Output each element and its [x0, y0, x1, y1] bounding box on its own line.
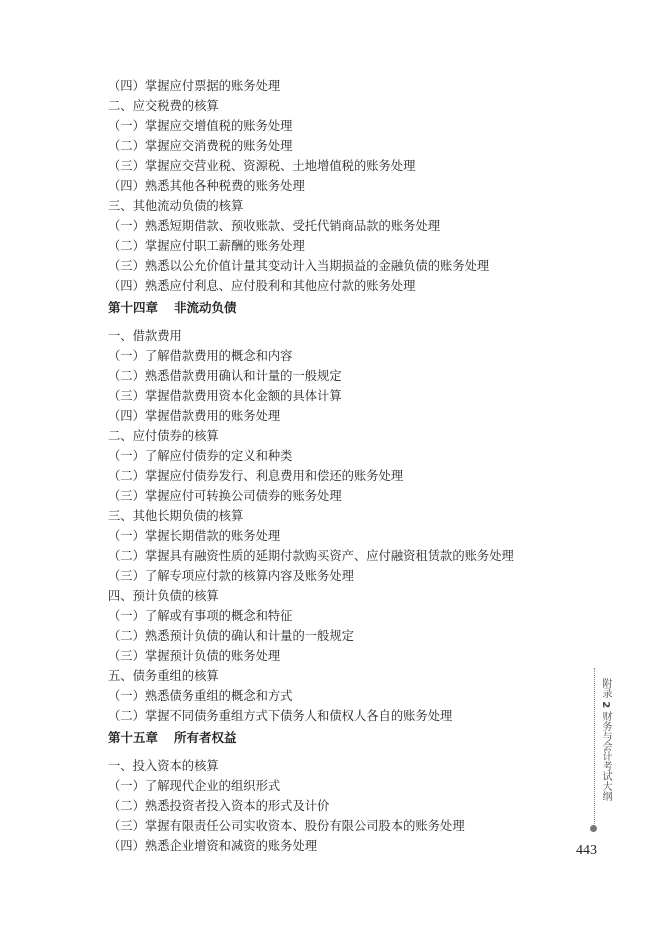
outline-item: （二）熟悉借款费用确认和计量的一般规定	[108, 366, 578, 386]
outline-item: （二）熟悉投资者投入资本的形式及计价	[108, 796, 578, 816]
chapter-heading: 第十四章非流动负债	[108, 298, 578, 318]
outline-item: 一、借款费用	[108, 326, 578, 346]
outline-item: 三、其他长期负债的核算	[108, 506, 578, 526]
page-number: 443	[576, 843, 597, 859]
bullet-dot-icon	[590, 825, 597, 832]
outline-item: （四）熟悉应付利息、应付股利和其他应付款的账务处理	[108, 276, 578, 296]
outline-item: （一）熟悉短期借款、预收账款、受托代销商品款的账务处理	[108, 216, 578, 236]
chapter-heading: 第十五章所有者权益	[108, 728, 578, 748]
outline-item: 一、投入资本的核算	[108, 756, 578, 776]
outline-item: 二、应付债券的核算	[108, 426, 578, 446]
outline-item: （四）熟悉其他各种税费的账务处理	[108, 176, 578, 196]
outline-item: （四）掌握应付票据的账务处理	[108, 76, 578, 96]
outline-item: （二）掌握具有融资性质的延期付款购买资产、应付融资租赁款的账务处理	[108, 546, 578, 566]
outline-item: 二、应交税费的核算	[108, 96, 578, 116]
outline-item: （一）了解现代企业的组织形式	[108, 776, 578, 796]
dotted-divider	[594, 668, 595, 828]
outline-item: （四）掌握借款费用的账务处理	[108, 406, 578, 426]
outline-item: （三）掌握应交营业税、资源税、土地增值税的账务处理	[108, 156, 578, 176]
outline-item: （三）熟悉以公允价值计量其变动计入当期损益的金融负债的账务处理	[108, 256, 578, 276]
side-tab-prefix: 附录	[600, 678, 611, 698]
outline-item: （三）了解专项应付款的核算内容及账务处理	[108, 566, 578, 586]
outline-item: 四、预计负债的核算	[108, 586, 578, 606]
outline-item: （三）掌握预计负债的账务处理	[108, 646, 578, 666]
outline-item: （一）掌握应交增值税的账务处理	[108, 116, 578, 136]
outline-item: 三、其他流动负债的核算	[108, 196, 578, 216]
appendix-side-tab: 附录 2 财务与会计考试大纲	[593, 668, 607, 834]
outline-item: （三）掌握借款费用资本化金额的具体计算	[108, 386, 578, 406]
outline-item: （一）了解或有事项的概念和特征	[108, 606, 578, 626]
outline-item: （四）熟悉企业增资和减资的账务处理	[108, 836, 578, 856]
outline-item: （一）了解借款费用的概念和内容	[108, 346, 578, 366]
chapter-number: 第十五章	[108, 730, 158, 745]
document-page: （四）掌握应付票据的账务处理二、应交税费的核算（一）掌握应交增值税的账务处理（二…	[0, 0, 655, 935]
chapter-title: 非流动负债	[174, 300, 237, 315]
outline-item: （一）熟悉债务重组的概念和方式	[108, 686, 578, 706]
outline-item: （二）掌握应付债券发行、利息费用和偿还的账务处理	[108, 466, 578, 486]
side-tab-text: 附录 2 财务与会计考试大纲	[599, 678, 611, 801]
outline-item: （一）了解应付债券的定义和种类	[108, 446, 578, 466]
side-tab-number: 2	[600, 701, 611, 708]
outline-item: （二）掌握不同债务重组方式下债务人和债权人各自的账务处理	[108, 706, 578, 726]
outline-item: （二）掌握应付职工薪酬的账务处理	[108, 236, 578, 256]
outline-item: （一）掌握长期借款的账务处理	[108, 526, 578, 546]
chapter-number: 第十四章	[108, 300, 158, 315]
outline-item: （三）掌握应付可转换公司债券的账务处理	[108, 486, 578, 506]
outline-item: 五、债务重组的核算	[108, 666, 578, 686]
side-tab-title: 财务与会计考试大纲	[600, 711, 611, 801]
chapter-title: 所有者权益	[174, 730, 237, 745]
page-content: （四）掌握应付票据的账务处理二、应交税费的核算（一）掌握应交增值税的账务处理（二…	[108, 76, 578, 856]
outline-item: （三）掌握有限责任公司实收资本、股份有限公司股本的账务处理	[108, 816, 578, 836]
outline-item: （二）掌握应交消费税的账务处理	[108, 136, 578, 156]
outline-item: （二）熟悉预计负债的确认和计量的一般规定	[108, 626, 578, 646]
